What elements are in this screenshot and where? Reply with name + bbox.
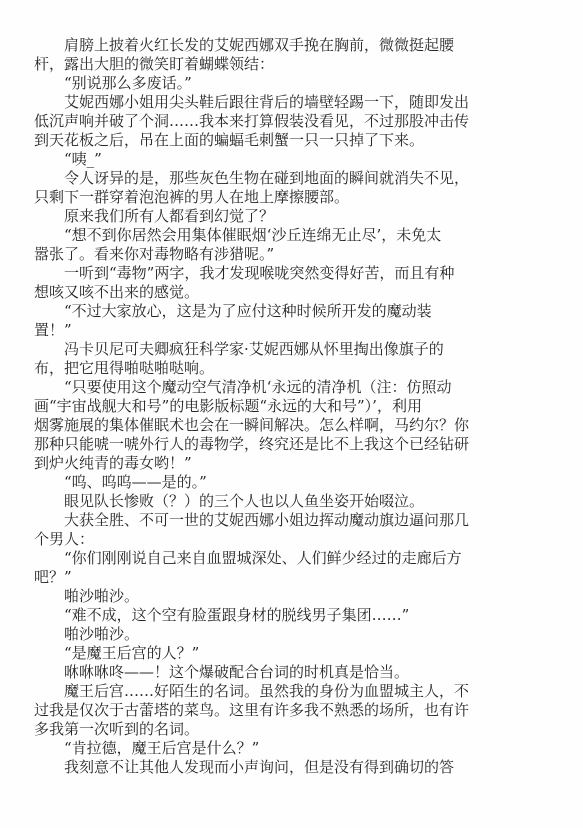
text-line: 我刻意不让其他人发现而小声询问，但是没有得到确切的答 [34, 758, 549, 777]
text-line: “难不成，这个空有脸蛋跟身材的脱线男子集团……” [34, 606, 549, 625]
text-line: 布，把它甩得啪哒啪哒响。 [34, 359, 549, 378]
text-line: “想不到你居然会用集体催眠烟‘沙丘连绵无止尽’，未免太 [34, 226, 549, 245]
text-line: 吧？” [34, 568, 549, 587]
text-line: 个男人： [34, 530, 549, 549]
text-line: 过我是仅次于古蕾塔的菜鸟。这里有许多我不熟悉的场所，也有许 [34, 701, 549, 720]
text-line: 一听到“毒物”两字，我才发现喉咙突然变得好苦，而且有种 [34, 264, 549, 283]
text-line: 那种只能唬一唬外行人的毒物学，终究还是比不上我这个已经钻研 [34, 435, 549, 454]
text-line: “不过大家放心，这是为了应付这种时候所开发的魔动装 [34, 302, 549, 321]
text-line: “只要使用这个魔动空气清净机‘永远的清净机（注：仿照动 [34, 378, 549, 397]
text-line: 到炉火纯青的毒女哟！” [34, 454, 549, 473]
text-line: 啪沙啪沙。 [34, 625, 549, 644]
text-line: 艾妮西娜小姐用尖头鞋后跟往背后的墙壁轻踢一下，随即发出 [34, 93, 549, 112]
text-line: 只剩下一群穿着泡泡裤的男人在地上摩擦腰部。 [34, 188, 549, 207]
text-line: 啪沙啪沙。 [34, 587, 549, 606]
text-line: “呜、呜呜——是的。” [34, 473, 549, 492]
text-line: “肯拉德，魔王后宫是什么？” [34, 739, 549, 758]
text-line: 冯卡贝尼可夫卿疯狂科学家·艾妮西娜从怀里掏出像旗子的 [34, 340, 549, 359]
text-line: 到天花板之后，吊在上面的蝙蝠毛刺蟹一只一只掉了下来。 [34, 131, 549, 150]
text-line: 多我第一次听到的名词。 [34, 720, 549, 739]
text-line: 魔王后宫……好陌生的名词。虽然我的身份为血盟城主人，不 [34, 682, 549, 701]
text-line: “你们刚刚说自己来自血盟城深处、人们鲜少经过的走廊后方 [34, 549, 549, 568]
page-text: 肩膀上披着火红长发的艾妮西娜双手挽在胸前，微微挺起腰杆，露出大胆的微笑盯着蝴蝶领… [34, 36, 549, 777]
text-line: 令人讶异的是，那些灰色生物在碰到地面的瞬间就消失不见， [34, 169, 549, 188]
text-line: 原来我们所有人都看到幻觉了？ [34, 207, 549, 226]
text-line: 低沉声响并破了个洞……我本来打算假装没看见，不过那股冲击传 [34, 112, 549, 131]
text-line: “咦_” [34, 150, 549, 169]
text-line: “是魔王后宫的人？” [34, 644, 549, 663]
text-line: 咻咻咻咚——！这个爆破配合台词的时机真是恰当。 [34, 663, 549, 682]
text-line: 想咳又咳不出来的感觉。 [34, 283, 549, 302]
text-line: 画“宇宙战舰大和号”的电影版标题“永远的大和号”）’，利用 [34, 397, 549, 416]
text-line: 肩膀上披着火红长发的艾妮西娜双手挽在胸前，微微挺起腰 [34, 36, 549, 55]
text-line: 眼见队长惨败（？）的三个人也以人鱼坐姿开始啜泣。 [34, 492, 549, 511]
text-line: 嚣张了。看来你对毒物略有涉猎呢。” [34, 245, 549, 264]
text-line: 大获全胜、不可一世的艾妮西娜小姐边挥动魔动旗边逼问那几 [34, 511, 549, 530]
text-line: “别说那么多废话。” [34, 74, 549, 93]
text-line: 置！” [34, 321, 549, 340]
text-line: 烟雾施展的集体催眠术也会在一瞬间解决。怎么样啊，马约尔？你 [34, 416, 549, 435]
novel-page: 肩膀上披着火红长发的艾妮西娜双手挽在胸前，微微挺起腰杆，露出大胆的微笑盯着蝴蝶领… [0, 0, 583, 828]
text-line: 杆，露出大胆的微笑盯着蝴蝶领结： [34, 55, 549, 74]
